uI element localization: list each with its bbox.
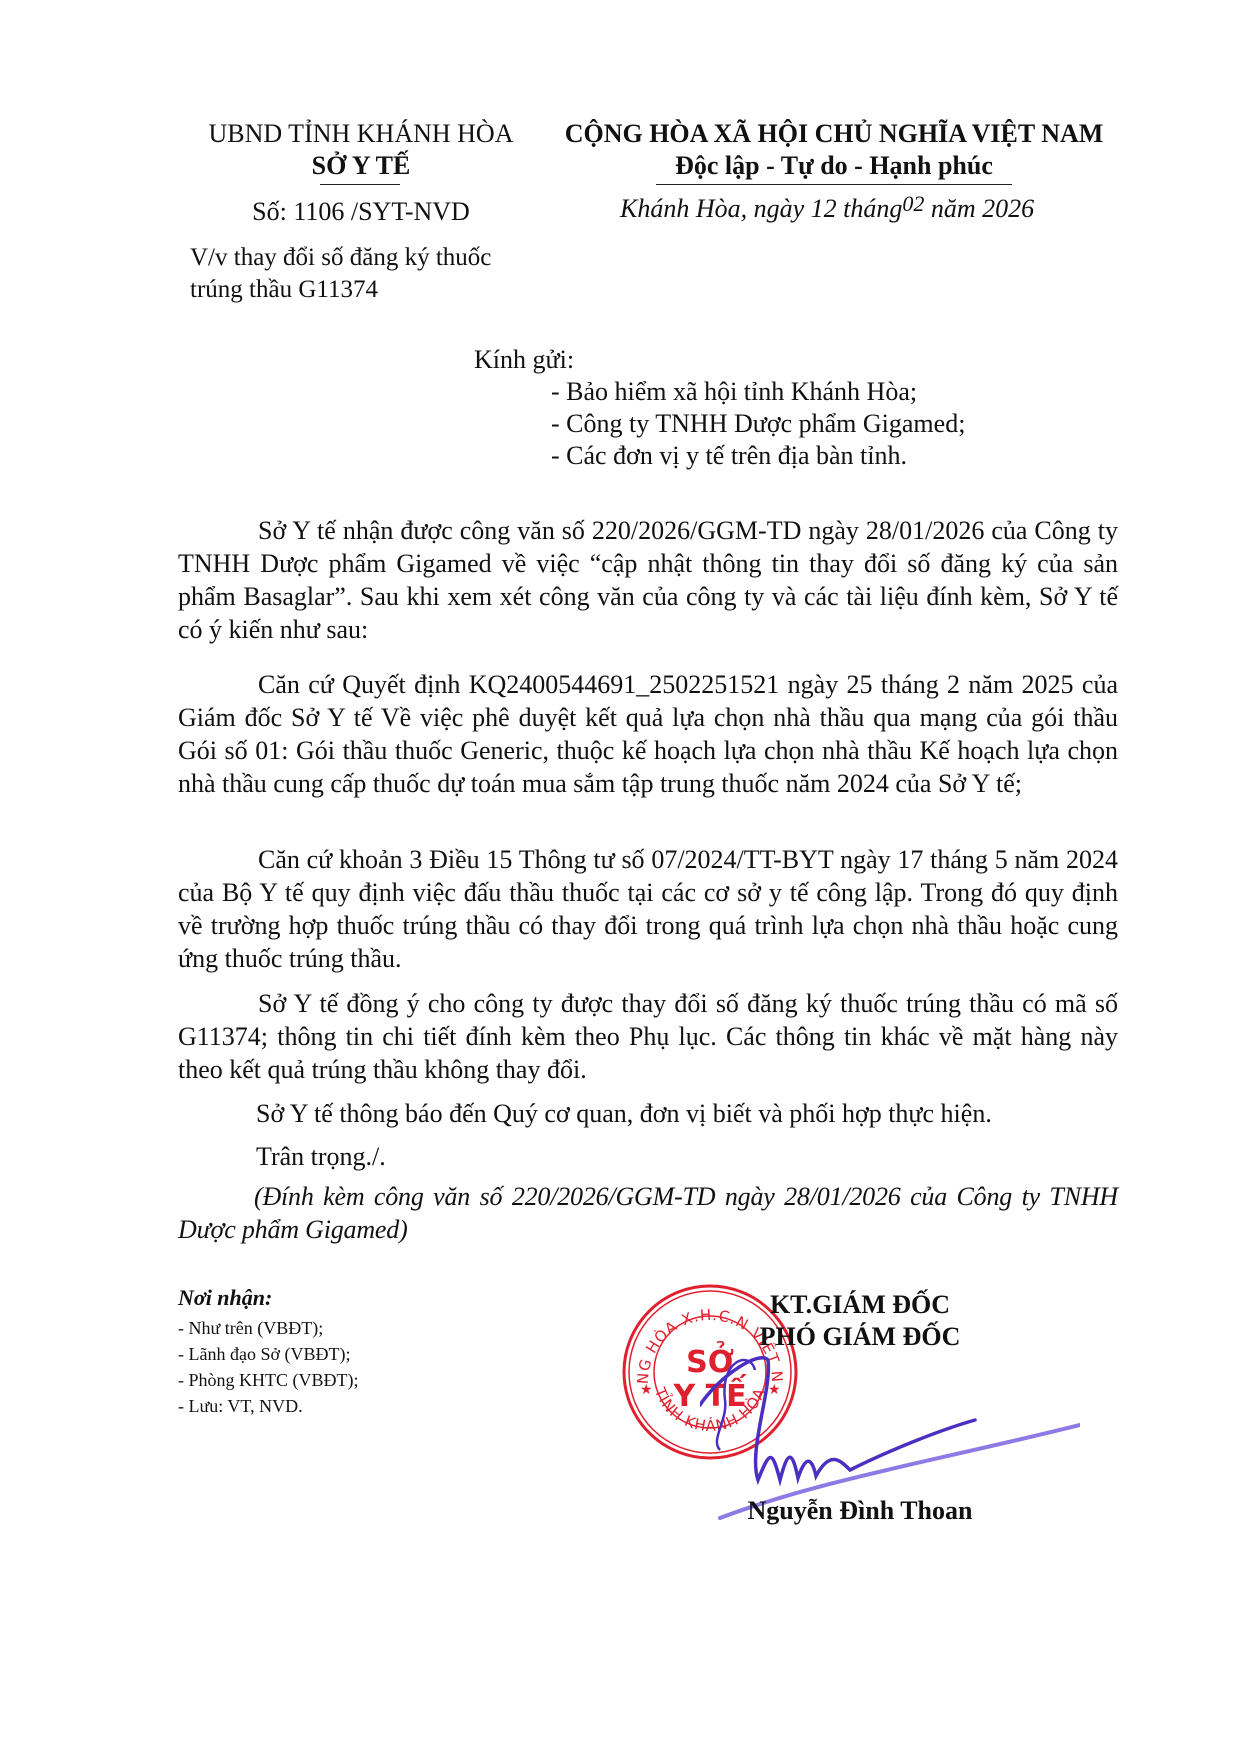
signer-name: Nguyễn Đình Thoan	[700, 1496, 1020, 1526]
body-paragraph-2: Căn cứ Quyết định KQ2400544691_250225152…	[178, 668, 1118, 800]
motto-underline	[656, 184, 1012, 185]
agency-underline	[320, 184, 400, 185]
attachment-note: (Đính kèm công văn số 220/2026/GGM-TD ng…	[178, 1180, 1118, 1246]
body-paragraph-3: Căn cứ khoản 3 Điều 15 Thông tư số 07/20…	[178, 843, 1118, 975]
recipient-item: - Công ty TNHH Dược phẩm Gigamed;	[551, 408, 965, 440]
subject: V/v thay đổi số đăng ký thuốc trúng thầu…	[190, 242, 491, 306]
date-month: 02	[902, 191, 924, 216]
recipient-item: - Các đơn vị y tế trên địa bàn tỉnh.	[551, 440, 907, 472]
distribution-item: - Lưu: VT, NVD.	[178, 1394, 303, 1418]
recipients-label: Kính gửi:	[474, 344, 574, 376]
agency-dept: SỞ Y TẾ	[196, 150, 526, 182]
svg-text:★: ★	[640, 1383, 653, 1398]
date-line: Khánh Hòa, ngày 12 tháng02 năm 2026	[620, 194, 1034, 224]
recipient-item: - Bảo hiểm xã hội tỉnh Khánh Hòa;	[551, 376, 917, 408]
subject-line-1: V/v thay đổi số đăng ký thuốc	[190, 242, 491, 274]
date-prefix: Khánh Hòa, ngày 12 tháng	[620, 194, 902, 223]
closing: Trân trọng./.	[256, 1140, 386, 1173]
distribution-item: - Phòng KHTC (VBĐT);	[178, 1368, 359, 1392]
subject-line-2: trúng thầu G11374	[190, 274, 491, 306]
agency-org: UBND TỈNH KHÁNH HÒA	[196, 118, 526, 150]
body-paragraph-4: Sở Y tế đồng ý cho công ty được thay đổi…	[178, 987, 1118, 1086]
motto: Độc lập - Tự do - Hạnh phúc	[548, 150, 1120, 182]
date-suffix: năm 2026	[924, 194, 1034, 223]
nation-title: CỘNG HÒA XÃ HỘI CHỦ NGHĨA VIỆT NAM	[548, 118, 1120, 150]
distribution-title: Nơi nhận:	[178, 1285, 272, 1311]
signatory-title-1: KT.GIÁM ĐỐC	[680, 1290, 1040, 1320]
notice: Sở Y tế thông báo đến Quý cơ quan, đơn v…	[256, 1097, 992, 1130]
doc-number: Số: 1106 /SYT-NVD	[196, 196, 526, 228]
distribution-item: - Lãnh đạo Sở (VBĐT);	[178, 1342, 351, 1366]
distribution-item: - Như trên (VBĐT);	[178, 1316, 323, 1340]
handwritten-signature-icon	[700, 1330, 1080, 1520]
body-paragraph-1: Sở Y tế nhận được công văn số 220/2026/G…	[178, 514, 1118, 646]
